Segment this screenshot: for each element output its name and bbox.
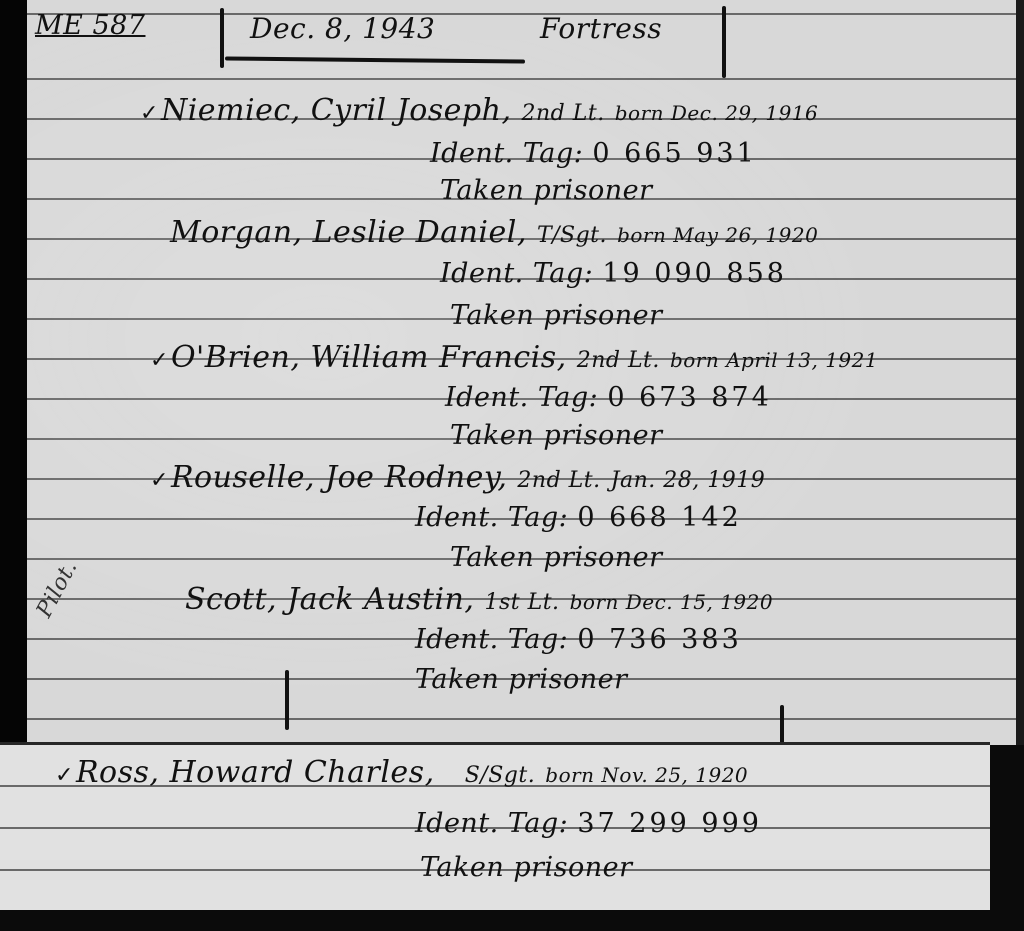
entry-born: born Dec. 15, 1920 bbox=[570, 590, 774, 614]
entry-name: Rouselle, Joe Rodney bbox=[171, 460, 497, 495]
ident-tag-number: 0 665 931 bbox=[592, 138, 756, 169]
ident-tag-label: Ident. Tag: bbox=[415, 502, 568, 533]
entry-name: Scott, Jack Austin bbox=[185, 582, 464, 617]
entry-ident-tag-line: Ident. Tag: 0 736 383 bbox=[415, 624, 742, 655]
entry-name-line: ✓O'Brien, William Francis, 2nd Lt. born … bbox=[150, 340, 878, 375]
entry-name: Ross, Howard Charles bbox=[76, 755, 425, 790]
entry-rank: 1st Lt. bbox=[484, 590, 559, 615]
scan-right-edge bbox=[1016, 0, 1024, 745]
entry-name-line: ✓Ross, Howard Charles, S/Sgt. born Nov. … bbox=[55, 755, 748, 790]
entry-status: Taken prisoner bbox=[420, 852, 633, 883]
ident-tag-number: 0 668 142 bbox=[577, 502, 741, 533]
entry-rank: 2nd Lt. bbox=[577, 348, 660, 373]
entry-ident-tag-line: Ident. Tag: 37 299 999 bbox=[415, 808, 762, 839]
ident-tag-label: Ident. Tag: bbox=[440, 258, 593, 289]
ident-tag-number: 0 673 874 bbox=[607, 382, 771, 413]
entry-status: Taken prisoner bbox=[450, 542, 663, 573]
entry-rank: T/Sgt. bbox=[537, 223, 607, 248]
entry-rank: 2nd Lt. bbox=[522, 101, 605, 126]
check-mark-icon: ✓ bbox=[140, 101, 159, 126]
ident-tag-label: Ident. Tag: bbox=[430, 138, 583, 169]
card-id: ME 587 bbox=[35, 10, 145, 41]
entry-ident-tag-line: Ident. Tag: 0 673 874 bbox=[445, 382, 772, 413]
entry-ident-tag-line: Ident. Tag: 0 668 142 bbox=[415, 502, 742, 533]
entry-name: O'Brien, William Francis bbox=[171, 340, 557, 375]
entry-status: Taken prisoner bbox=[450, 300, 663, 331]
entry-born: born April 13, 1921 bbox=[670, 348, 878, 372]
entry-status: Taken prisoner bbox=[415, 664, 628, 695]
ident-tag-label: Ident. Tag: bbox=[445, 382, 598, 413]
ident-tag-number: 0 736 383 bbox=[577, 624, 741, 655]
entry-rank: 2nd Lt. bbox=[517, 468, 600, 493]
check-mark-icon: ✓ bbox=[150, 348, 169, 373]
mission-date: Dec. 8, 1943 bbox=[250, 12, 435, 45]
bracket-mark-left bbox=[285, 670, 289, 730]
header-divider-right bbox=[722, 6, 726, 78]
entry-born: born May 26, 1920 bbox=[617, 223, 818, 247]
check-mark-icon: ✓ bbox=[55, 763, 74, 788]
entry-born: born Dec. 29, 1916 bbox=[615, 101, 819, 125]
entry-status: Taken prisoner bbox=[440, 175, 653, 206]
entry-name-line: Scott, Jack Austin, 1st Lt. born Dec. 15… bbox=[185, 582, 773, 617]
entry-born: born Nov. 25, 1920 bbox=[545, 763, 748, 787]
entry-rank: S/Sgt. bbox=[465, 763, 535, 788]
entry-name: Niemiec, Cyril Joseph bbox=[161, 93, 502, 128]
ident-tag-number: 19 090 858 bbox=[602, 258, 787, 289]
ident-tag-number: 37 299 999 bbox=[577, 808, 762, 839]
header-divider-left bbox=[220, 8, 224, 68]
aircraft-type: Fortress bbox=[540, 12, 662, 45]
entry-name: Morgan, Leslie Daniel bbox=[170, 215, 517, 250]
entry-status: Taken prisoner bbox=[450, 420, 663, 451]
scan-left-edge bbox=[0, 0, 27, 745]
ident-tag-label: Ident. Tag: bbox=[415, 624, 568, 655]
entry-ident-tag-line: Ident. Tag: 19 090 858 bbox=[440, 258, 787, 289]
entry-name-line: ✓Rouselle, Joe Rodney, 2nd Lt. Jan. 28, … bbox=[150, 460, 765, 495]
check-mark-icon: ✓ bbox=[150, 468, 169, 493]
entry-name-line: Morgan, Leslie Daniel, T/Sgt. born May 2… bbox=[170, 215, 818, 250]
entry-name-line: ✓Niemiec, Cyril Joseph, 2nd Lt. born Dec… bbox=[140, 93, 818, 128]
entry-ident-tag-line: Ident. Tag: 0 665 931 bbox=[430, 138, 757, 169]
ident-tag-label: Ident. Tag: bbox=[415, 808, 568, 839]
entry-born: Jan. 28, 1919 bbox=[611, 468, 766, 493]
